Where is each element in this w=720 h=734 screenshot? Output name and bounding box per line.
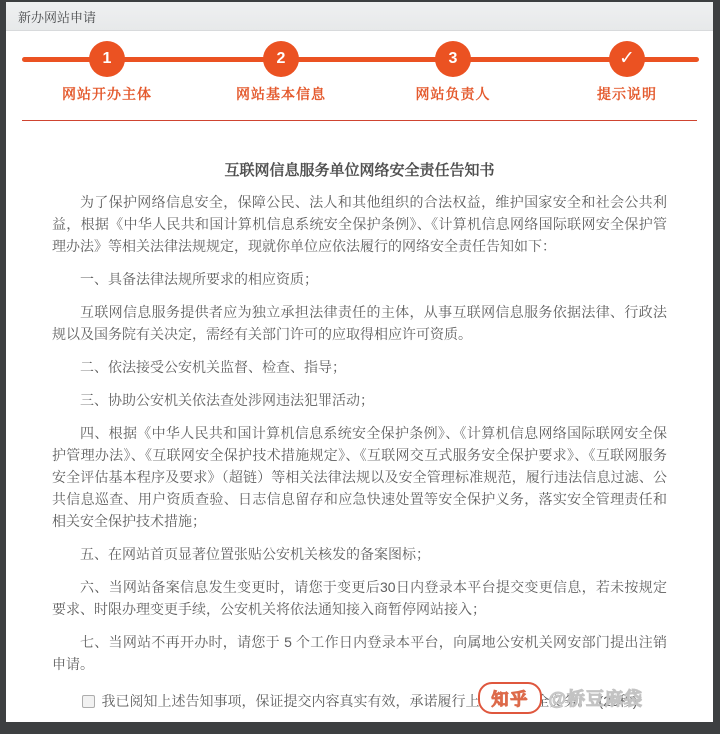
wizard-stepper: 1 网站开办主体 2 网站基本信息 3 网站负责人 ✓ 提示说明 — [6, 41, 713, 111]
stepper-divider — [22, 120, 697, 121]
step-3-badge: 3 — [435, 41, 471, 77]
step-2-label: 网站基本信息 — [206, 84, 356, 104]
window-titlebar: 新办网站申请 — [6, 2, 713, 31]
agreement-checkbox[interactable] — [82, 695, 95, 708]
notice-paragraph-item1: 一、具备法律法规所要求的相应资质； — [52, 268, 667, 290]
step-website-manager[interactable]: 3 网站负责人 — [378, 41, 528, 104]
step-website-basic-info[interactable]: 2 网站基本信息 — [206, 41, 356, 104]
notice-paragraph-item6: 六、当网站备案信息发生变更时，请您于变更后30日内登录本平台提交变更信息，若未按… — [52, 576, 667, 620]
step-website-founder[interactable]: 1 网站开办主体 — [32, 41, 182, 104]
notice-title: 互联网信息服务单位网络安全责任告知书 — [52, 159, 667, 180]
notice-document: 互联网信息服务单位网络安全责任告知书 为了保护网络信息安全，保障公民、法人和其他… — [6, 159, 713, 711]
checkmark-icon: ✓ — [609, 41, 645, 77]
watermark-handle: @桥豆麻袋 — [548, 685, 643, 711]
notice-paragraph-item5: 五、在网站首页显著位置张贴公安机关核发的备案图标； — [52, 543, 667, 565]
zhihu-logo: 知乎 — [478, 682, 542, 714]
notice-paragraph-item7: 七、当网站不再开办时，请您于 5 个工作日内登录本平台，向属地公安机关网安部门提… — [52, 631, 667, 675]
notice-paragraph-intro: 为了保护网络信息安全，保障公民、法人和其他组织的合法权益，维护国家安全和社会公共… — [52, 191, 667, 257]
step-3-label: 网站负责人 — [378, 84, 528, 104]
zhihu-watermark: 知乎 @桥豆麻袋 — [478, 682, 643, 714]
step-1-badge: 1 — [89, 41, 125, 77]
application-window: 新办网站申请 1 网站开办主体 2 网站基本信息 3 网站负责人 ✓ 提示说明 … — [6, 2, 713, 722]
notice-paragraph-item4: 四、根据《中华人民共和国计算机信息系统安全保护条例》、《计算机信息网络国际联网安… — [52, 422, 667, 532]
step-4-label: 提示说明 — [552, 84, 702, 104]
notice-paragraph-item2: 二、依法接受公安机关监督、检查、指导； — [52, 356, 667, 378]
step-2-badge: 2 — [263, 41, 299, 77]
step-1-label: 网站开办主体 — [32, 84, 182, 104]
notice-paragraph-item1-detail: 互联网信息服务提供者应为独立承担法律责任的主体，从事互联网信息服务依据法律、行政… — [52, 301, 667, 345]
page-title: 新办网站申请 — [18, 7, 96, 26]
notice-paragraph-item3: 三、协助公安机关依法查处涉网违法犯罪活动； — [52, 389, 667, 411]
step-notice[interactable]: ✓ 提示说明 — [552, 41, 702, 104]
